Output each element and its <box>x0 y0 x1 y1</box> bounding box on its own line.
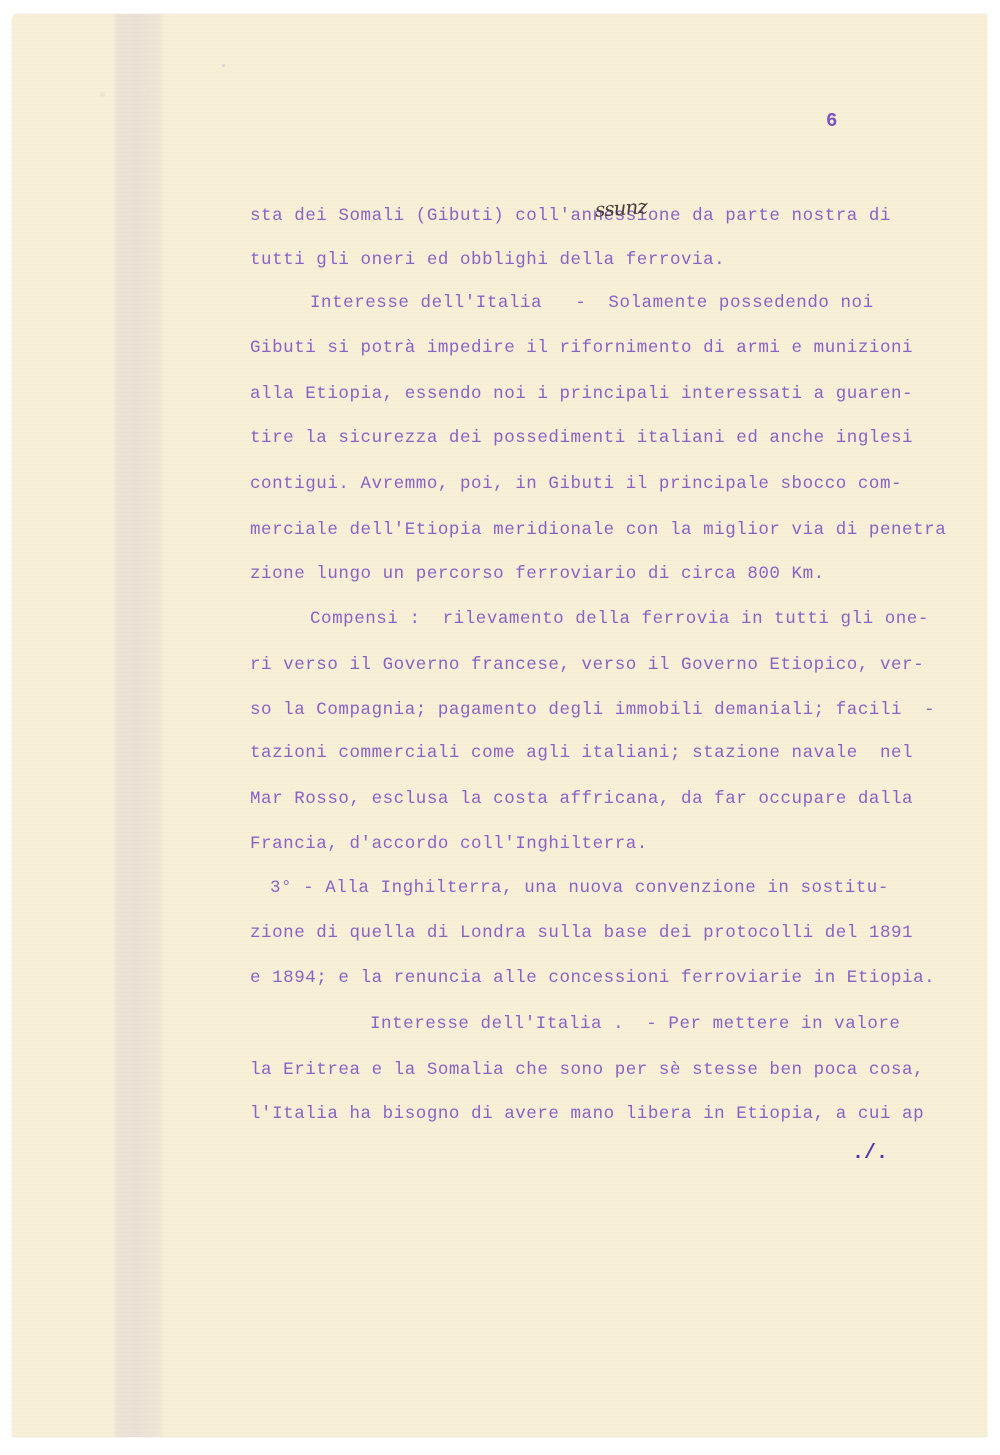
text-line: tazioni commerciali come agli italiani; … <box>250 742 913 764</box>
text-line: zione di quella di Londra sulla base dei… <box>250 922 913 944</box>
text-line: Interesse dell'Italia - Solamente possed… <box>310 292 874 314</box>
text-line: Francia, d'accordo coll'Inghilterra. <box>250 833 648 855</box>
text-line: sta dei Somali (Gibuti) coll'annessione … <box>250 205 891 227</box>
paper-hole <box>143 88 147 92</box>
paper-hole <box>100 92 105 97</box>
text-line: e 1894; e la renuncia alle concessioni f… <box>250 967 935 989</box>
page-number: 6 <box>826 110 837 132</box>
document-page <box>12 14 987 1437</box>
text-line: Mar Rosso, esclusa la costa affricana, d… <box>250 788 913 810</box>
text-line: Compensi : rilevamento della ferrovia in… <box>310 608 929 630</box>
text-line: 3° - Alla Inghilterra, una nuova convenz… <box>270 877 889 899</box>
text-line: merciale dell'Etiopia meridionale con la… <box>250 519 946 541</box>
text-line: tutti gli oneri ed obblighi della ferrov… <box>250 249 725 271</box>
text-line: ri verso il Governo francese, verso il G… <box>250 654 924 676</box>
text-line: l'Italia ha bisogno di avere mano libera… <box>250 1103 924 1125</box>
continuation-mark: ./. <box>852 1142 888 1165</box>
text-line: la Eritrea e la Somalia che sono per sè … <box>250 1059 924 1081</box>
text-line: alla Etiopia, essendo noi i principali i… <box>250 383 913 405</box>
text-line: Gibuti si potrà impedire il rifornimento… <box>250 337 913 359</box>
text-line: Interesse dell'Italia . - Per mettere in… <box>370 1013 900 1035</box>
paper-speck <box>222 64 225 67</box>
text-line: so la Compagnia; pagamento degli immobil… <box>250 699 935 721</box>
handwritten-correction: ssunz <box>594 194 647 222</box>
text-line: zione lungo un percorso ferroviario di c… <box>250 563 825 585</box>
text-line: contigui. Avremmo, poi, in Gibuti il pri… <box>250 473 902 495</box>
text-line: tire la sicurezza dei possedimenti itali… <box>250 427 913 449</box>
